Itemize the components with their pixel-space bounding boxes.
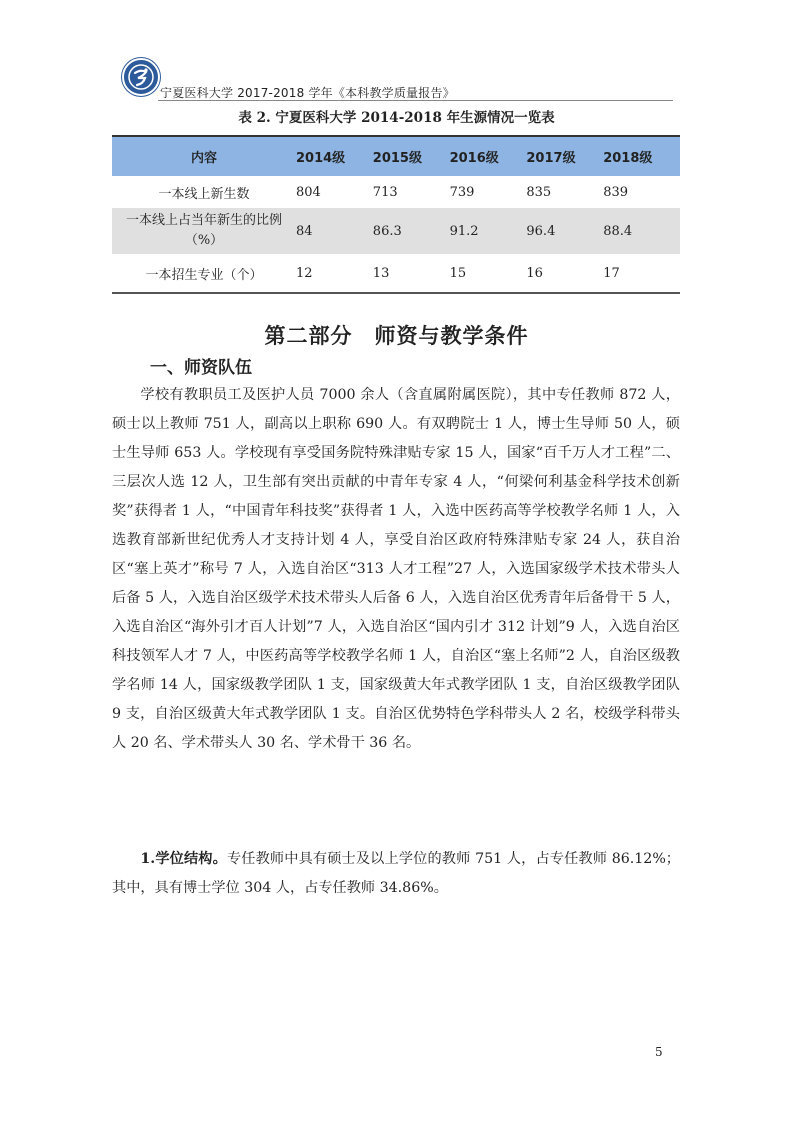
row-label-main: 一本线上占当年新生的比例 <box>112 211 296 231</box>
column-header: 2015级 <box>373 136 450 176</box>
table-row: 一本线上占当年新生的比例 （%） 84 86.3 91.2 96.4 88.4 <box>112 208 680 254</box>
column-header: 2018级 <box>603 136 680 176</box>
table-row: 一本线上新生数 804 713 739 835 839 <box>112 176 680 208</box>
table-cell: 88.4 <box>603 208 680 254</box>
logo-glyph-icon <box>124 60 158 94</box>
faculty-paragraph: 学校有教职员工及医护人员 7000 余人（含直属附属医院），其中专任教师 872… <box>112 381 680 758</box>
table-cell: 91.2 <box>450 208 527 254</box>
row-label: 一本线上占当年新生的比例 （%） <box>112 208 296 254</box>
table-cell: 839 <box>603 176 680 208</box>
table-cell: 86.3 <box>373 208 450 254</box>
table-cell: 804 <box>296 176 373 208</box>
enrollment-table: 内容 2014级 2015级 2016级 2017级 2018级 一本线上新生数… <box>112 135 680 294</box>
table-caption: 表 2. 宁夏医科大学 2014-2018 年生源情况一览表 <box>0 106 793 126</box>
table-cell: 835 <box>526 176 603 208</box>
section-title: 第二部分 师资与教学条件 <box>0 320 793 350</box>
table-cell: 96.4 <box>526 208 603 254</box>
column-header: 2014级 <box>296 136 373 176</box>
table-row: 一本招生专业（个） 12 13 15 16 17 <box>112 254 680 293</box>
table-cell: 713 <box>373 176 450 208</box>
row-label: 一本线上新生数 <box>112 176 296 208</box>
row-label: 一本招生专业（个） <box>112 254 296 293</box>
column-header: 内容 <box>112 136 296 176</box>
table-cell: 84 <box>296 208 373 254</box>
column-header: 2017级 <box>526 136 603 176</box>
header-rule <box>158 100 673 101</box>
university-logo-icon <box>122 58 160 96</box>
table-cell: 15 <box>450 254 527 293</box>
table-cell: 13 <box>373 254 450 293</box>
page-number: 5 <box>655 1045 663 1059</box>
table-cell: 16 <box>526 254 603 293</box>
subsection-title: 一、师资队伍 <box>150 353 252 378</box>
degree-structure-paragraph: 1.学位结构。专任教师中具有硕士及以上学位的教师 751 人，占专任教师 86.… <box>112 845 680 903</box>
column-header: 2016级 <box>450 136 527 176</box>
running-header: 宁夏医科大学 2017-2018 学年《本科教学质量报告》 <box>160 84 455 101</box>
row-label-unit: （%） <box>112 231 296 251</box>
paragraph-lead: 1.学位结构。 <box>140 851 227 867</box>
table-cell: 739 <box>450 176 527 208</box>
table-cell: 12 <box>296 254 373 293</box>
table-cell: 17 <box>603 254 680 293</box>
table-header-row: 内容 2014级 2015级 2016级 2017级 2018级 <box>112 136 680 176</box>
